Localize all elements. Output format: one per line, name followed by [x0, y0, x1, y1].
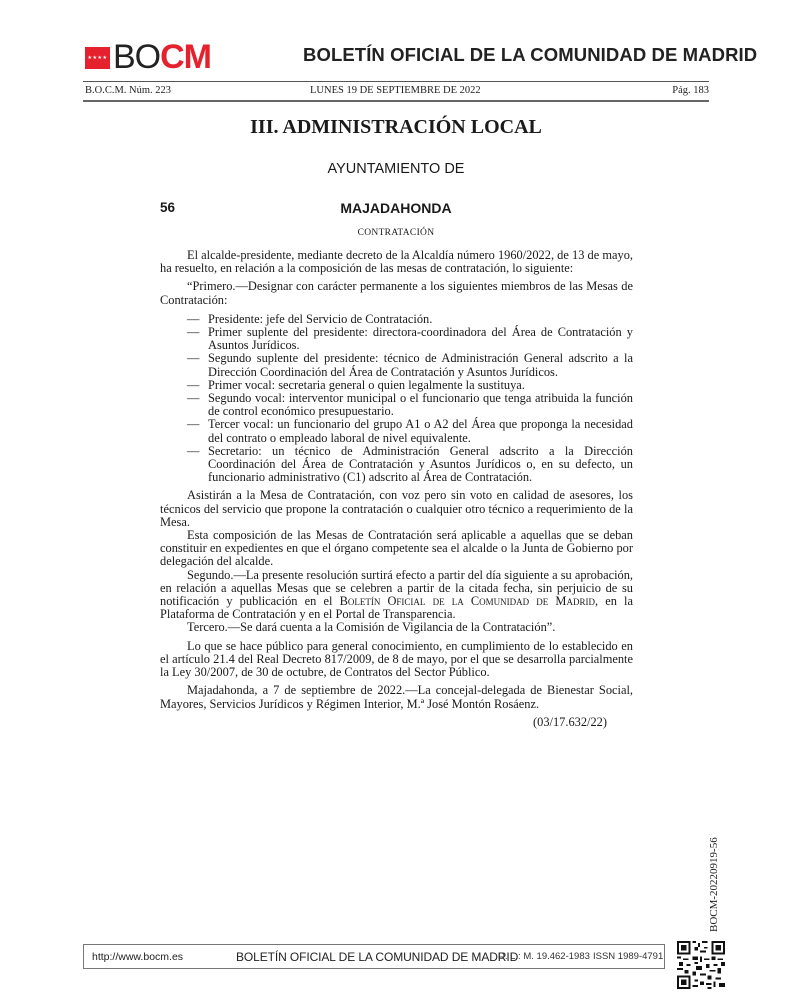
member-text: Primer suplente del presidente: director…	[208, 325, 633, 352]
segundo-journal-name: Boletín Oficial de la Comunidad de Madri…	[340, 594, 595, 608]
members-list: —Presidente: jefe del Servicio de Contra…	[160, 313, 633, 485]
issue-date: LUNES 19 DE SEPTIEMBRE DE 2022	[310, 85, 481, 96]
bocm-logo: ★★★★ BOCM	[85, 42, 211, 72]
logo-text-bo: BO	[113, 42, 160, 72]
footer-url-link[interactable]: http://www.bocm.es	[92, 951, 183, 963]
member-text: Segundo vocal: interventor municipal o e…	[208, 391, 633, 418]
document-body: El alcalde-presidente, mediante decreto …	[160, 249, 633, 729]
qr-code-icon[interactable]	[677, 941, 725, 989]
list-item: —Tercer vocal: un funcionario del grupo …	[160, 418, 633, 444]
paragraph-intro: El alcalde-presidente, mediante decreto …	[160, 249, 633, 275]
paragraph-segundo: Segundo.—La presente resolución surtirá …	[160, 569, 633, 622]
dash-bullet: —	[187, 392, 199, 405]
list-item: —Segundo suplente del presidente: técnic…	[160, 352, 633, 378]
reference-code: (03/17.632/22)	[160, 716, 633, 729]
footer-title: BOLETÍN OFICIAL DE LA COMUNIDAD DE MADRI…	[236, 950, 518, 964]
masthead-title: BOLETÍN OFICIAL DE LA COMUNIDAD DE MADRI…	[303, 44, 757, 66]
member-text: Tercer vocal: un funcionario del grupo A…	[208, 417, 633, 444]
logo-text-cm: CM	[160, 42, 211, 72]
header-rule-bottom	[83, 100, 709, 102]
member-text: Secretario: un técnico de Administración…	[208, 444, 633, 484]
member-text: Segundo suplente del presidente: técnico…	[208, 351, 633, 378]
document-code: BOCM-20220919-56	[708, 837, 720, 932]
paragraph-esta-composicion: Esta composición de las Mesas de Contrat…	[160, 529, 633, 569]
entry-title: MAJADAHONDA	[0, 200, 792, 216]
list-item: —Primer suplente del presidente: directo…	[160, 326, 633, 352]
list-item: —Secretario: un técnico de Administració…	[160, 445, 633, 485]
dash-bullet: —	[187, 352, 199, 365]
dash-bullet: —	[187, 326, 199, 339]
paragraph-firma: Majadahonda, a 7 de septiembre de 2022.—…	[160, 684, 633, 710]
issn: ISSN 1989-4791	[593, 951, 663, 962]
legal-deposit: D. L.: M. 19.462-1983	[498, 951, 590, 962]
issue-number: B.O.C.M. Núm. 223	[85, 85, 171, 96]
header-rule-top	[83, 81, 709, 82]
madrid-flag-icon: ★★★★	[85, 47, 110, 69]
entry-subtitle: CONTRATACIÓN	[0, 228, 792, 238]
paragraph-publico: Lo que se hace público para general cono…	[160, 640, 633, 680]
member-text: Presidente: jefe del Servicio de Contrat…	[208, 312, 432, 326]
section-title: III. ADMINISTRACIÓN LOCAL	[0, 116, 792, 139]
page-number: Pág. 183	[672, 85, 709, 96]
dash-bullet: —	[187, 445, 199, 458]
paragraph-tercero: Tercero.—Se dará cuenta a la Comisión de…	[160, 621, 633, 634]
paragraph-primero: “Primero.—Designar con carácter permanen…	[160, 280, 633, 306]
list-item: —Segundo vocal: interventor municipal o …	[160, 392, 633, 418]
paragraph-asistiran: Asistirán a la Mesa de Contratación, con…	[160, 489, 633, 529]
organization-title: AYUNTAMIENTO DE	[0, 161, 792, 177]
flag-stars: ★★★★	[88, 56, 108, 61]
member-text: Primer vocal: secretaria general o quien…	[208, 378, 525, 392]
dash-bullet: —	[187, 418, 199, 431]
